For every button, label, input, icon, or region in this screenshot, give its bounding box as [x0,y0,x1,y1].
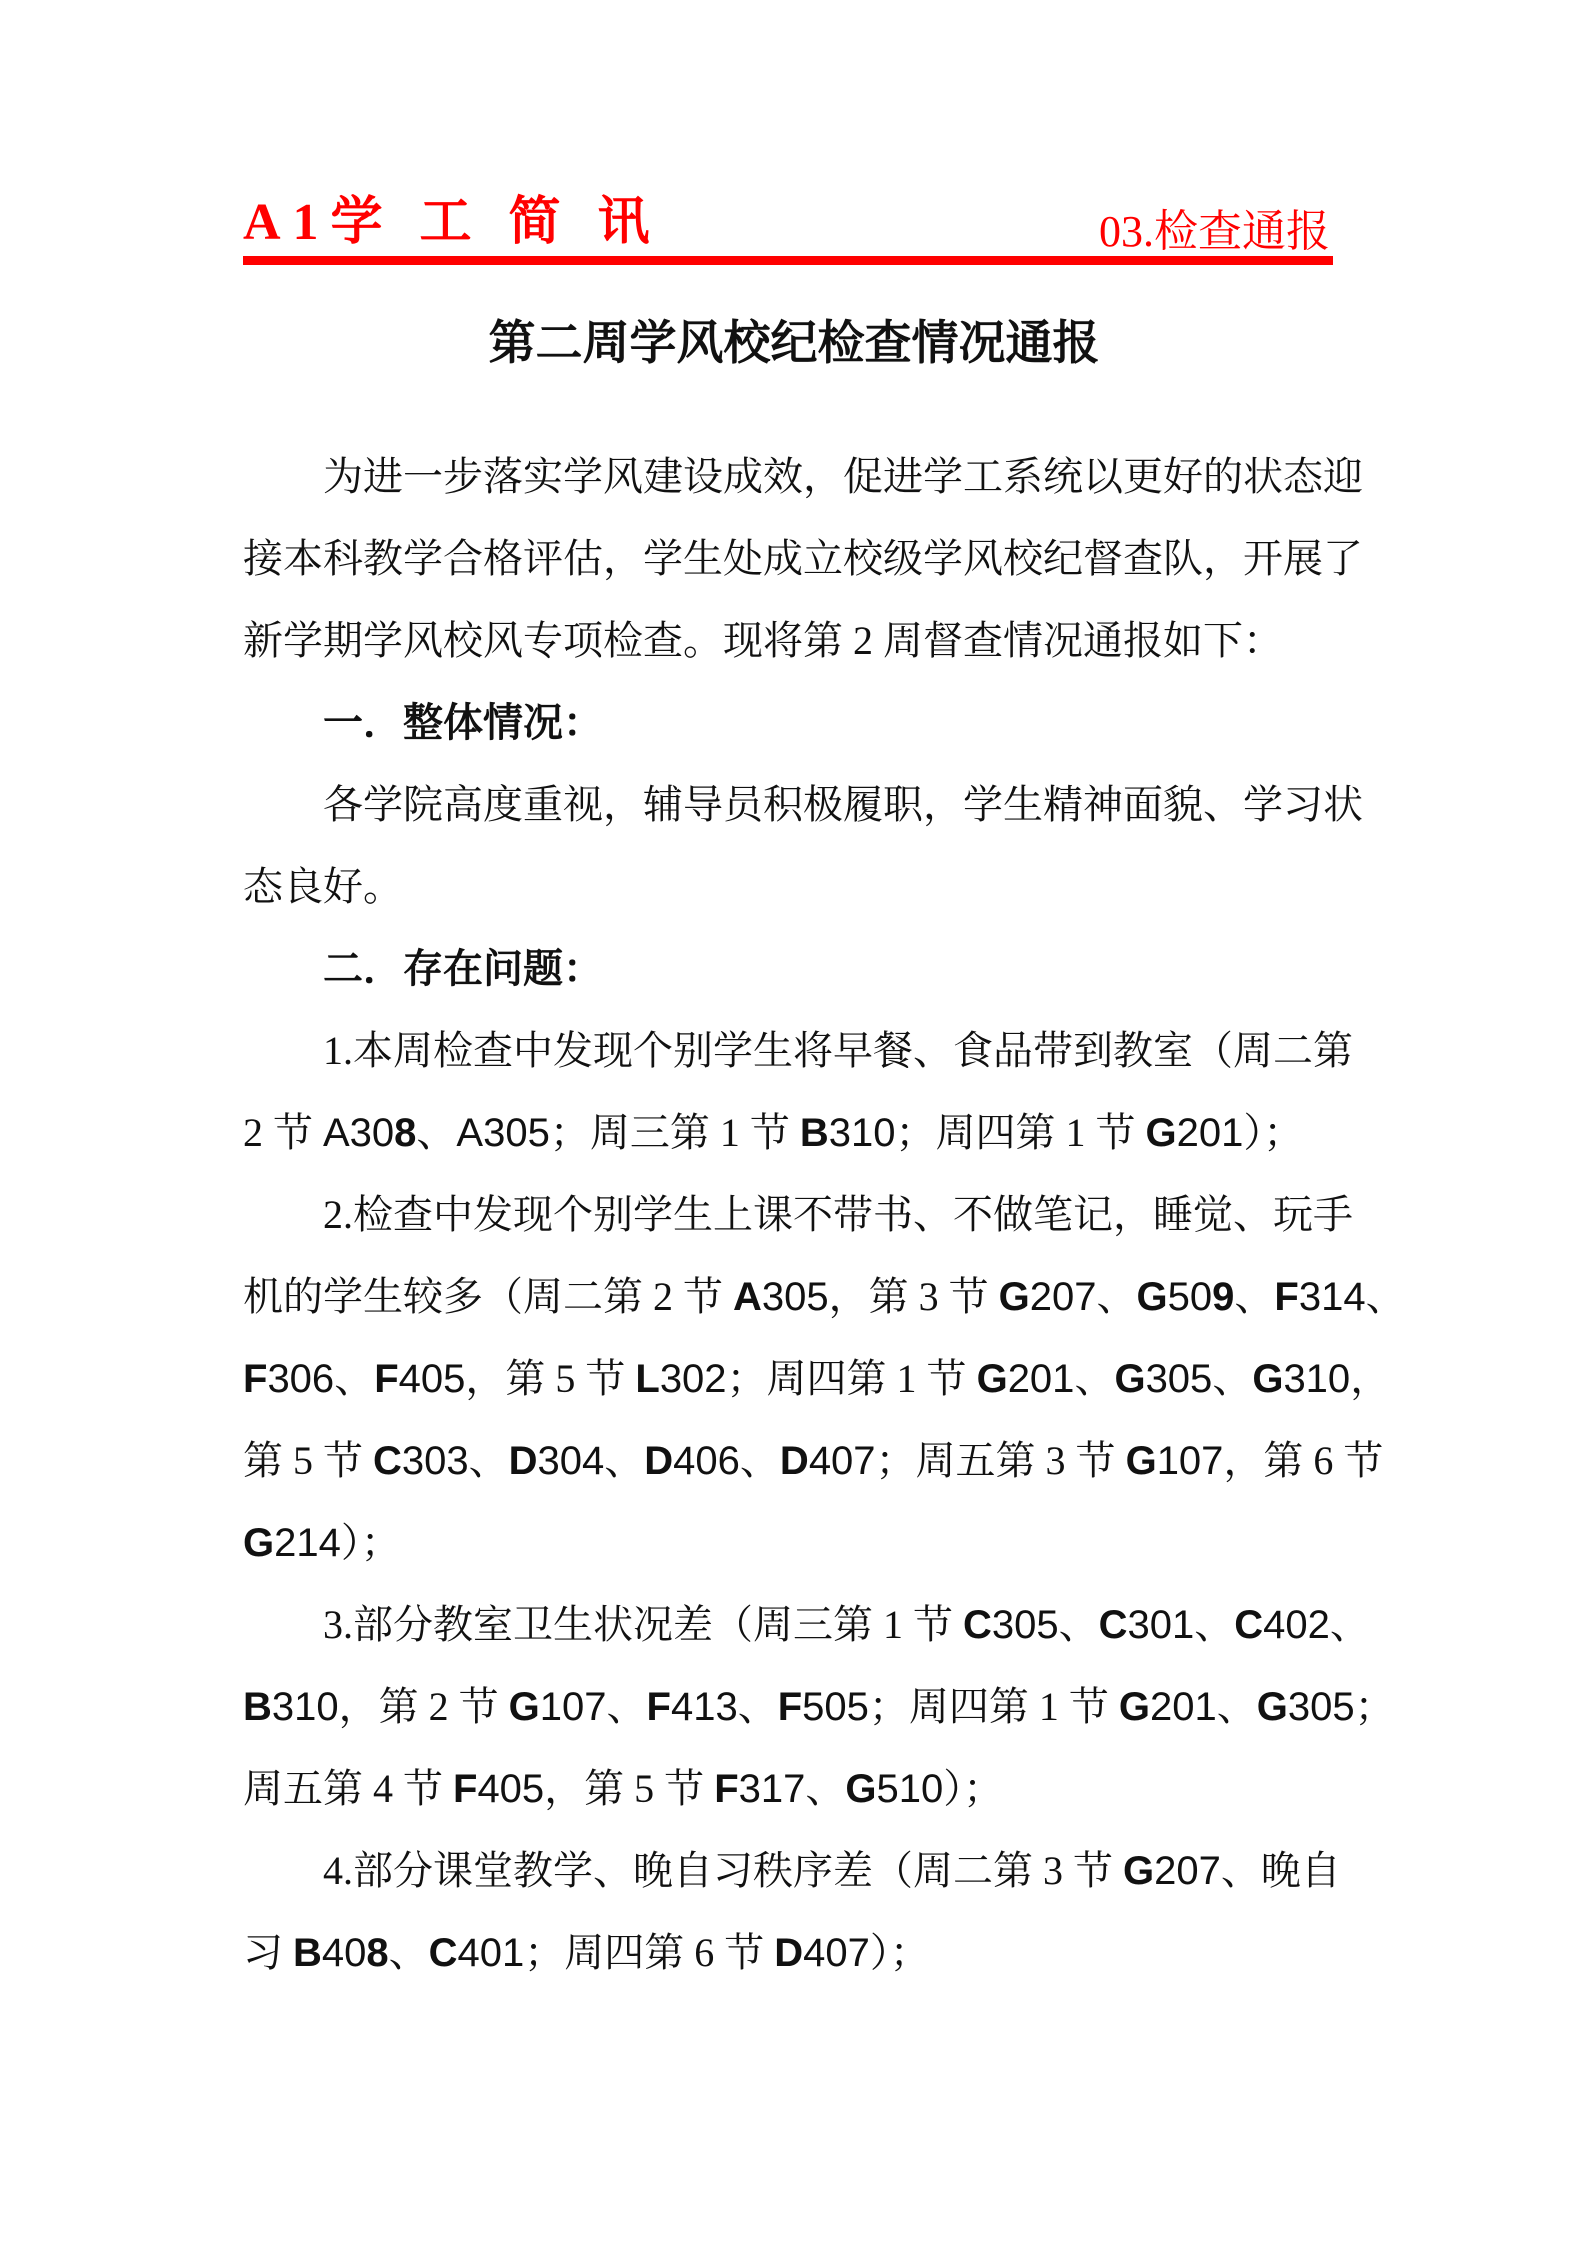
room-code: 107 [540,1685,607,1729]
room-code: G [509,1685,540,1729]
room-code: G [1252,1357,1283,1401]
body-line: 新学期学风校风专项检查。现将第 2 周督查情况通报如下： [243,600,1345,682]
text-segment: ）； [870,1930,930,1975]
body-line: 接本科教学合格评估，学生处成立校级学风校纪督查队，开展了 [243,518,1345,600]
room-code: G [1137,1275,1168,1319]
room-code: F [647,1685,671,1729]
body-line: 4.部分课堂教学、晚自习秩序差（周二第 3 节 G207、晚自 [243,1830,1345,1912]
text-segment: 、 [1234,1274,1274,1319]
room-code: 301 [1128,1603,1195,1647]
room-code: D [509,1439,538,1483]
room-code: G [1114,1357,1145,1401]
room-code: A305 [456,1111,549,1155]
room-code: 402 [1263,1603,1330,1647]
room-code: 201 [1008,1357,1075,1401]
text-segment: ）； [341,1520,401,1565]
red-divider-rule [243,256,1333,265]
room-code: C [1234,1603,1263,1647]
room-code: 9 [1212,1275,1234,1319]
room-code: 310 [272,1685,339,1729]
room-code: D [780,1439,809,1483]
room-code: 214 [274,1521,341,1565]
body-line: 习 B408、C401；周四第 6 节 D407）； [243,1912,1345,1994]
text-segment: ，第 2 节 [339,1684,509,1729]
text-segment: 2 节 [243,1110,323,1155]
room-code: 413 [671,1685,738,1729]
room-code: 407 [809,1439,876,1483]
room-code: 305 [1146,1357,1213,1401]
text-segment: 4.部分课堂教学、晚自习秩序差（周二第 3 节 [323,1848,1123,1893]
body-line: 各学院高度重视，辅导员积极履职，学生精神面貌、学习状 [243,764,1345,846]
text-segment: 2.检查中发现个别学生上课不带书、不做笔记，睡觉、玩手 [323,1192,1353,1237]
text-segment: ；周四第 6 节 [524,1930,774,1975]
text-segment: ；周四第 1 节 [869,1684,1119,1729]
room-code: 305 [992,1603,1059,1647]
room-code: D [644,1439,673,1483]
room-code: 40 [322,1931,367,1975]
room-code: 310 [829,1111,896,1155]
room-code: 305 [762,1275,829,1319]
body-line: 周五第 4 节 F405，第 5 节 F317、G510）； [243,1748,1345,1830]
room-code: G [1257,1685,1288,1729]
room-code: 201 [1177,1111,1244,1155]
text-segment: 新学期学风校风专项检查。现将第 2 周督查情况通报如下： [243,618,1283,663]
section-label: 03.检查通报 [1099,208,1330,256]
room-code: G [1123,1849,1154,1893]
room-code: 207 [1030,1275,1097,1319]
body-line: 第 5 节 C303、D304、D406、D407；周五第 3 节 G107，第… [243,1420,1345,1502]
text-segment: 、晚自 [1221,1848,1341,1893]
room-code: F [714,1767,738,1811]
room-code: G [1126,1439,1157,1483]
text-segment: ，第 6 节 [1223,1438,1383,1483]
text-segment: 一．整体情况： [323,700,603,745]
text-segment: 、 [607,1684,647,1729]
room-code: 405 [477,1767,544,1811]
text-segment: 二．存在问题： [323,946,603,991]
text-segment: 、 [334,1356,374,1401]
text-segment: ；周五第 3 节 [876,1438,1126,1483]
room-code: F [374,1357,398,1401]
room-code: G [977,1357,1008,1401]
text-segment: ，第 5 节 [544,1766,714,1811]
room-code: 305 [1288,1685,1355,1729]
body-line: 机的学生较多（周二第 2 节 A305，第 3 节 G207、G509、F314… [243,1256,1345,1338]
text-segment: 1.本周检查中发现个别学生将早餐、食品带到教室（周二第 [323,1028,1353,1073]
text-segment: 各学院高度重视，辅导员积极履职，学生精神面貌、学习状 [323,782,1363,827]
text-segment: 、 [389,1930,429,1975]
room-code: 505 [802,1685,869,1729]
text-segment: ）； [1243,1110,1303,1155]
room-code: 510 [877,1767,944,1811]
room-code: G [1119,1685,1150,1729]
room-code: C [373,1439,402,1483]
text-segment: 、 [1366,1274,1406,1319]
text-segment: 、 [738,1684,778,1729]
room-code: A [733,1275,762,1319]
room-code: D [774,1931,803,1975]
body-line: 二．存在问题： [243,928,1345,1010]
room-code: G [243,1521,274,1565]
room-code: 8 [394,1111,416,1155]
text-segment: 态良好。 [243,864,403,909]
text-segment: 、 [1330,1602,1370,1647]
room-code: A30 [323,1111,394,1155]
text-segment: 习 [243,1930,293,1975]
room-code: G [1145,1111,1176,1155]
room-code: F [243,1357,267,1401]
body-line: 2.检查中发现个别学生上课不带书、不做笔记，睡觉、玩手 [243,1174,1345,1256]
room-code: 302 [660,1357,727,1401]
room-code: 401 [458,1931,525,1975]
text-segment: 3.部分教室卫生状况差（周三第 1 节 [323,1602,963,1647]
room-code: 317 [739,1767,806,1811]
text-segment: ； [1355,1684,1395,1729]
body-line: 一．整体情况： [243,682,1345,764]
text-segment: ， [1350,1356,1390,1401]
text-segment: 、 [1059,1602,1099,1647]
text-segment: ，第 5 节 [465,1356,635,1401]
room-code: F [778,1685,802,1729]
text-segment: 、 [1212,1356,1252,1401]
room-code: 50 [1168,1275,1213,1319]
text-segment: ）； [943,1766,1003,1811]
body-line: G214）； [243,1502,1345,1584]
body-line: 1.本周检查中发现个别学生将早餐、食品带到教室（周二第 [243,1010,1345,1092]
text-segment: 为进一步落实学风建设成效，促进学工系统以更好的状态迎 [323,454,1363,499]
text-segment: 、 [1074,1356,1114,1401]
text-segment: 、 [1194,1602,1234,1647]
newsletter-masthead: A1学 工 简 讯 [243,194,662,252]
text-segment: 、 [1097,1274,1137,1319]
room-code: 207 [1154,1849,1221,1893]
room-code: 405 [399,1357,466,1401]
room-code: L [635,1357,659,1401]
room-code: B [800,1111,829,1155]
room-code: 306 [267,1357,334,1401]
room-code: 406 [673,1439,740,1483]
body-line: 态良好。 [243,846,1345,928]
body-line: 2 节 A308、A305；周三第 1 节 B310；周四第 1 节 G201）… [243,1092,1345,1174]
text-segment: ；周三第 1 节 [550,1110,800,1155]
body-line: 为进一步落实学风建设成效，促进学工系统以更好的状态迎 [243,436,1345,518]
text-segment: 、 [1217,1684,1257,1729]
text-segment: 、 [416,1110,456,1155]
text-segment: 、 [740,1438,780,1483]
text-segment: 、 [469,1438,509,1483]
room-code: C [429,1931,458,1975]
room-code: 314 [1299,1275,1366,1319]
body-line: B310，第 2 节 G107、F413、F505；周四第 1 节 G201、G… [243,1666,1345,1748]
document-title: 第二周学风校纪检查情况通报 [243,316,1345,372]
room-code: 304 [538,1439,605,1483]
room-code: F [453,1767,477,1811]
text-segment: 第 5 节 [243,1438,373,1483]
text-segment: 机的学生较多（周二第 2 节 [243,1274,733,1319]
text-segment: ；周四第 1 节 [727,1356,977,1401]
room-code: 8 [366,1931,388,1975]
text-segment: ，第 3 节 [829,1274,999,1319]
text-segment: 、 [604,1438,644,1483]
room-code: F [1274,1275,1298,1319]
text-segment: 周五第 4 节 [243,1766,453,1811]
room-code: G [845,1767,876,1811]
room-code: 201 [1150,1685,1217,1729]
room-code: 107 [1157,1439,1224,1483]
text-segment: 接本科教学合格评估，学生处成立校级学风校纪督查队，开展了 [243,536,1363,581]
room-code: G [999,1275,1030,1319]
room-code: C [963,1603,992,1647]
text-segment: 、 [805,1766,845,1811]
room-code: 310 [1283,1357,1350,1401]
body-line: F306、F405，第 5 节 L302；周四第 1 节 G201、G305、G… [243,1338,1345,1420]
room-code: C [1099,1603,1128,1647]
text-segment: ；周四第 1 节 [895,1110,1145,1155]
room-code: 407 [803,1931,870,1975]
room-code: B [293,1931,322,1975]
body-lines: 为进一步落实学风建设成效，促进学工系统以更好的状态迎接本科教学合格评估，学生处成… [243,436,1345,1994]
room-code: B [243,1685,272,1729]
document-page: A1学 工 简 讯 03.检查通报 第二周学风校纪检查情况通报 为进一步落实学风… [0,0,1586,2245]
body-line: 3.部分教室卫生状况差（周三第 1 节 C305、C301、C402、 [243,1584,1345,1666]
room-code: 303 [402,1439,469,1483]
